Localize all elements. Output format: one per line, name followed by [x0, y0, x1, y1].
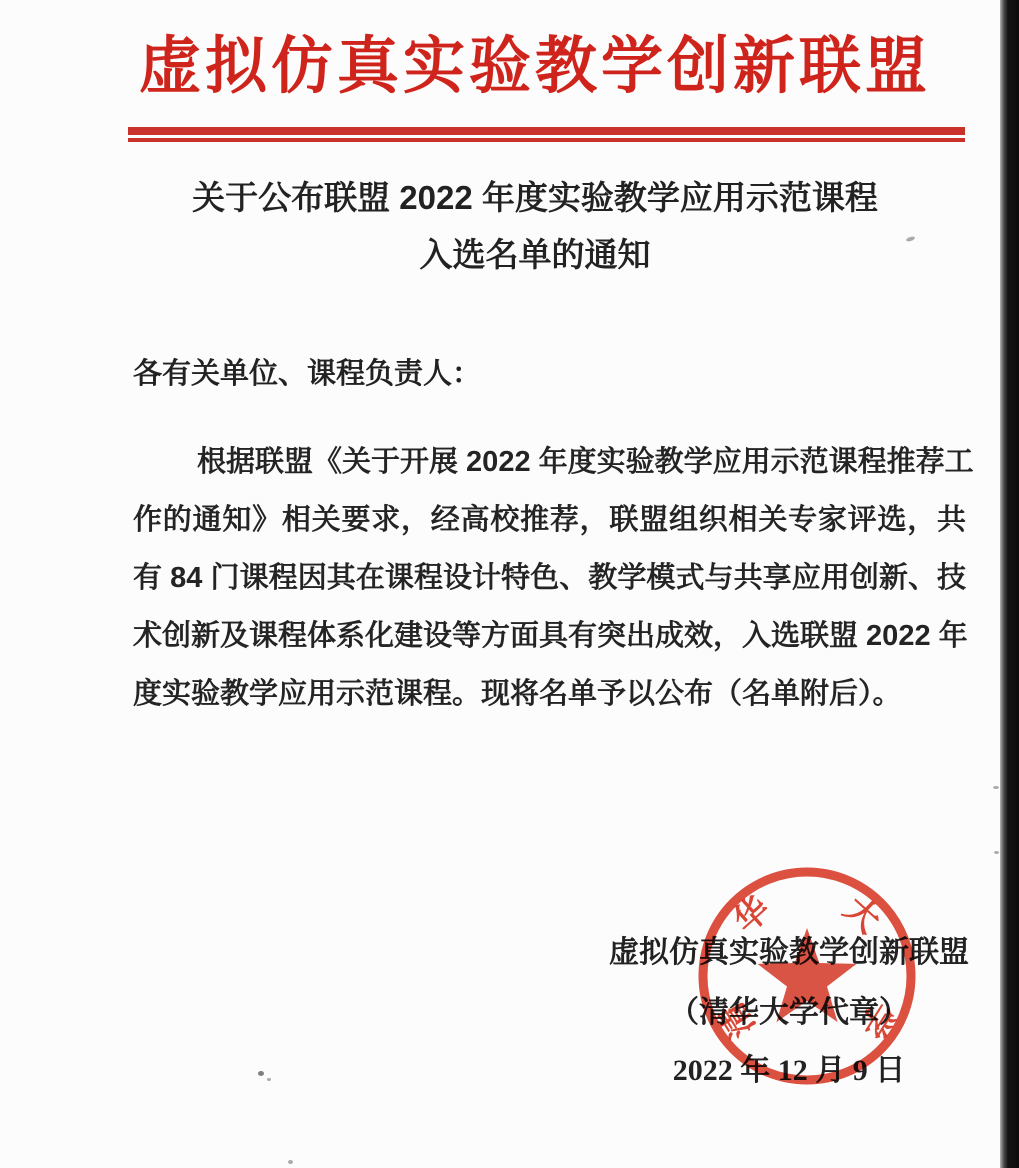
- body-line-4: 术创新及课程体系化建设等方面具有突出成效，入选联盟 2022 年: [133, 607, 966, 665]
- letterhead-double-rule: [128, 127, 965, 142]
- notice-title-line1: 关于公布联盟 2022 年度实验教学应用示范课程: [65, 178, 1005, 218]
- scan-speck: [267, 1078, 271, 1081]
- body-line-3: 有 84 门课程因其在课程设计特色、教学模式与共享应用创新、技: [133, 549, 966, 607]
- star-icon: [758, 928, 857, 1022]
- salutation: 各有关单位、课程负责人：: [133, 358, 481, 390]
- red-round-seal: 清 华 大 学: [687, 856, 927, 1096]
- rule-top-bar: [128, 127, 965, 135]
- notice-title-line2: 入选名单的通知: [65, 235, 1005, 275]
- body-line-1: 根据联盟《关于开展 2022 年度实验教学应用示范课程推荐工: [133, 433, 966, 491]
- letterhead-org-title: 虚拟仿真实验教学创新联盟: [65, 24, 1005, 108]
- scan-edge-band: [1000, 0, 1019, 1168]
- body-line-5: 度实验教学应用示范课程。现将名单予以公布（名单附后）。: [133, 665, 966, 723]
- body-line-2: 作的通知》相关要求，经高校推荐，联盟组织相关专家评选，共: [133, 491, 966, 549]
- scan-speck: [258, 1071, 264, 1076]
- scan-speck: [288, 1160, 293, 1164]
- scan-speck: [994, 851, 999, 854]
- rule-bottom-bar: [128, 138, 965, 142]
- scan-speck: [993, 786, 999, 789]
